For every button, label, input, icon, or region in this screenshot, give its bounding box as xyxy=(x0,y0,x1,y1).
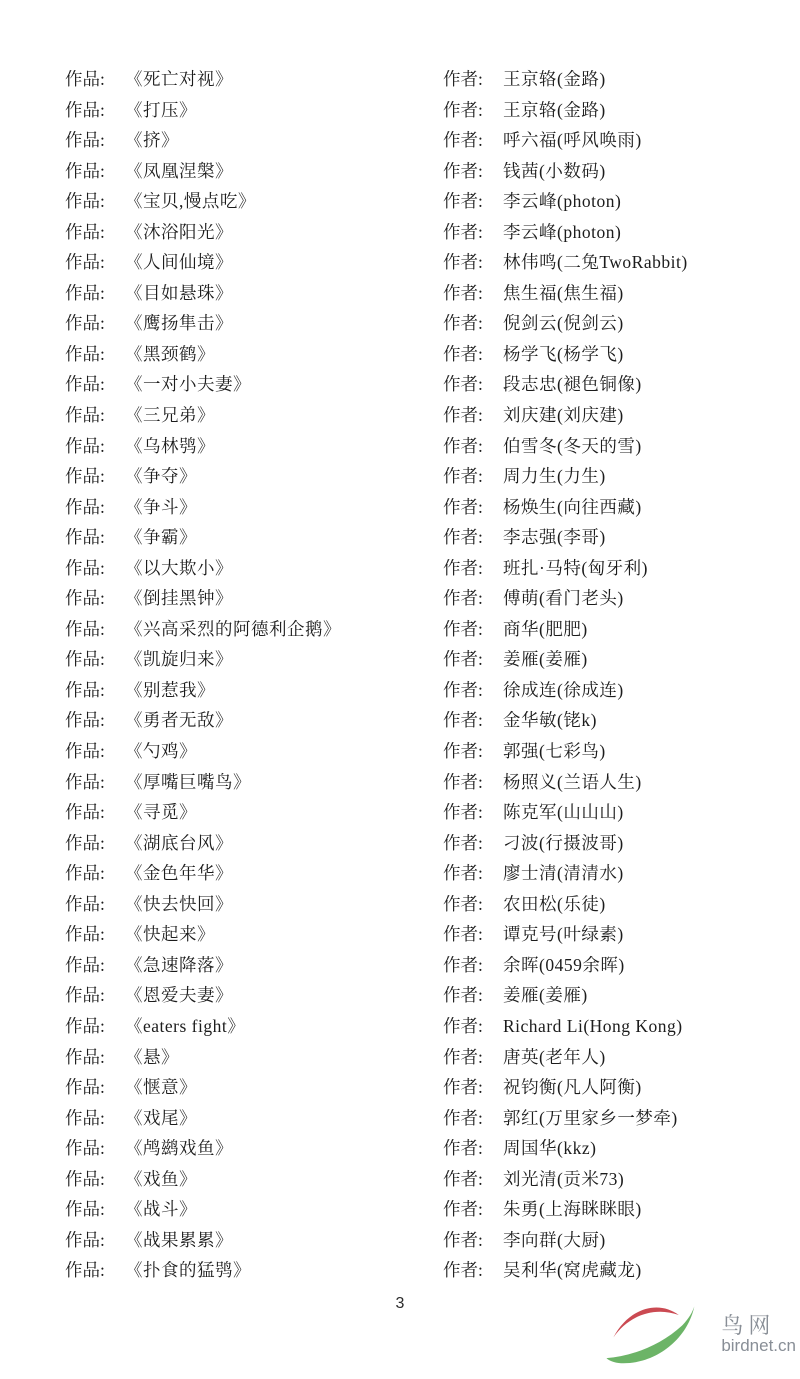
author-name: 金华敏(铑k) xyxy=(503,710,597,730)
author-label: 作者: xyxy=(443,797,503,828)
work-label: 作品: xyxy=(65,278,125,309)
work-cell: 作品:《打压》 xyxy=(65,95,443,126)
author-label: 作者: xyxy=(443,950,503,981)
work-cell: 作品:《战斗》 xyxy=(65,1194,443,1225)
author-cell: 作者:祝钧衡(凡人阿衡) xyxy=(443,1072,800,1103)
work-cell: 作品:《人间仙境》 xyxy=(65,247,443,278)
work-title: 《三兄弟》 xyxy=(125,405,215,425)
work-label: 作品: xyxy=(65,522,125,553)
work-cell: 作品:《争夺》 xyxy=(65,461,443,492)
author-name: 刘光清(贡米73) xyxy=(503,1169,624,1189)
list-row: 作品:《急速降落》作者:余晖(0459余晖) xyxy=(0,950,800,981)
author-cell: 作者:呼六福(呼风唤雨) xyxy=(443,125,800,156)
work-title: 《凯旋归来》 xyxy=(125,649,233,669)
author-name: 呼六福(呼风唤雨) xyxy=(503,130,642,150)
birdnet-logo: 鸟网 birdnet.cn xyxy=(603,1297,800,1371)
work-title: 《争霸》 xyxy=(125,527,197,547)
work-cell: 作品:《悬》 xyxy=(65,1042,443,1073)
author-cell: 作者:杨学飞(杨学飞) xyxy=(443,339,800,370)
author-cell: 作者:周力生(力生) xyxy=(443,461,800,492)
author-label: 作者: xyxy=(443,1225,503,1256)
work-label: 作品: xyxy=(65,95,125,126)
author-label: 作者: xyxy=(443,278,503,309)
list-row: 作品:《扑食的猛鸮》作者:吴利华(窝虎藏龙) xyxy=(0,1255,800,1286)
birdnet-swoosh-icon xyxy=(603,1297,715,1371)
author-name: 余晖(0459余晖) xyxy=(503,955,625,975)
list-row: 作品:《倒挂黑钟》作者:傅萌(看门老头) xyxy=(0,583,800,614)
author-name: 陈克军(山山山) xyxy=(503,802,624,822)
author-name: 焦生福(焦生福) xyxy=(503,283,624,303)
list-row: 作品:《乌林鸮》作者:伯雪冬(冬天的雪) xyxy=(0,431,800,462)
work-label: 作品: xyxy=(65,705,125,736)
work-cell: 作品:《急速降落》 xyxy=(65,950,443,981)
work-label: 作品: xyxy=(65,369,125,400)
author-name: 姜雁(姜雁) xyxy=(503,649,588,669)
work-title: 《快起来》 xyxy=(125,924,215,944)
author-cell: 作者:农田松(乐徒) xyxy=(443,889,800,920)
list-row: 作品:《沐浴阳光》作者:李云峰(photon) xyxy=(0,217,800,248)
author-label: 作者: xyxy=(443,1042,503,1073)
work-title: 《战果累累》 xyxy=(125,1230,233,1250)
work-cell: 作品:《倒挂黑钟》 xyxy=(65,583,443,614)
work-label: 作品: xyxy=(65,247,125,278)
author-cell: 作者:刘光清(贡米73) xyxy=(443,1164,800,1195)
author-cell: 作者:傅萌(看门老头) xyxy=(443,583,800,614)
author-label: 作者: xyxy=(443,736,503,767)
author-cell: 作者:杨照义(兰语人生) xyxy=(443,767,800,798)
list-row: 作品:《以大欺小》作者:班扎·马特(匈牙利) xyxy=(0,553,800,584)
author-name: 李向群(大厨) xyxy=(503,1230,606,1250)
author-label: 作者: xyxy=(443,186,503,217)
list-row: 作品:《凤凰涅槃》作者:钱茜(小数码) xyxy=(0,156,800,187)
author-name: 王京辂(金路) xyxy=(503,69,606,89)
author-name: 林伟鸣(二兔TwoRabbit) xyxy=(503,252,688,272)
work-label: 作品: xyxy=(65,308,125,339)
list-row: 作品:《争霸》作者:李志强(李哥) xyxy=(0,522,800,553)
work-label: 作品: xyxy=(65,1194,125,1225)
author-label: 作者: xyxy=(443,1255,503,1286)
author-cell: 作者:李向群(大厨) xyxy=(443,1225,800,1256)
work-cell: 作品:《凤凰涅槃》 xyxy=(65,156,443,187)
work-label: 作品: xyxy=(65,1133,125,1164)
work-title: 《勺鸡》 xyxy=(125,741,197,761)
work-cell: 作品:《一对小夫妻》 xyxy=(65,369,443,400)
work-title: 《勇者无敌》 xyxy=(125,710,233,730)
author-label: 作者: xyxy=(443,980,503,1011)
work-label: 作品: xyxy=(65,1011,125,1042)
author-name: 杨学飞(杨学飞) xyxy=(503,344,624,364)
work-label: 作品: xyxy=(65,64,125,95)
list-row: 作品:《恩爱夫妻》作者:姜雁(姜雁) xyxy=(0,980,800,1011)
work-cell: 作品:《凯旋归来》 xyxy=(65,644,443,675)
work-cell: 作品:《以大欺小》 xyxy=(65,553,443,584)
list-row: 作品:《戏鱼》作者:刘光清(贡米73) xyxy=(0,1164,800,1195)
work-cell: 作品:《寻觅》 xyxy=(65,797,443,828)
author-name: 倪剑云(倪剑云) xyxy=(503,313,624,333)
author-name: 李云峰(photon) xyxy=(503,191,621,211)
author-label: 作者: xyxy=(443,1133,503,1164)
author-name: 吴利华(窝虎藏龙) xyxy=(503,1260,642,1280)
work-cell: 作品:《勺鸡》 xyxy=(65,736,443,767)
work-cell: 作品:《死亡对视》 xyxy=(65,64,443,95)
work-label: 作品: xyxy=(65,1042,125,1073)
author-label: 作者: xyxy=(443,431,503,462)
work-label: 作品: xyxy=(65,583,125,614)
work-label: 作品: xyxy=(65,919,125,950)
author-label: 作者: xyxy=(443,1011,503,1042)
list-row: 作品:《快去快回》作者:农田松(乐徒) xyxy=(0,889,800,920)
list-row: 作品:《宝贝,慢点吃》作者:李云峰(photon) xyxy=(0,186,800,217)
author-label: 作者: xyxy=(443,644,503,675)
author-cell: 作者:朱勇(上海眯眯眼) xyxy=(443,1194,800,1225)
author-label: 作者: xyxy=(443,1164,503,1195)
work-cell: 作品:《戏鱼》 xyxy=(65,1164,443,1195)
work-cell: 作品:《别惹我》 xyxy=(65,675,443,706)
author-label: 作者: xyxy=(443,339,503,370)
author-cell: 作者:商华(肥肥) xyxy=(443,614,800,645)
work-cell: 作品:《戏尾》 xyxy=(65,1103,443,1134)
list-row: 作品:《凯旋归来》作者:姜雁(姜雁) xyxy=(0,644,800,675)
work-title: 《打压》 xyxy=(125,100,197,120)
work-cell: 作品:《金色年华》 xyxy=(65,858,443,889)
work-label: 作品: xyxy=(65,339,125,370)
author-cell: 作者:余晖(0459余晖) xyxy=(443,950,800,981)
work-label: 作品: xyxy=(65,614,125,645)
works-list: 作品:《死亡对视》作者:王京辂(金路)作品:《打压》作者:王京辂(金路)作品:《… xyxy=(0,64,800,1286)
work-label: 作品: xyxy=(65,125,125,156)
author-name: 傅萌(看门老头) xyxy=(503,588,624,608)
work-title: 《凤凰涅槃》 xyxy=(125,161,233,181)
list-row: 作品:《勇者无敌》作者:金华敏(铑k) xyxy=(0,705,800,736)
work-title: 《急速降落》 xyxy=(125,955,233,975)
work-label: 作品: xyxy=(65,950,125,981)
list-row: 作品:《戏尾》作者:郭红(万里家乡一梦牵) xyxy=(0,1103,800,1134)
work-label: 作品: xyxy=(65,1164,125,1195)
work-cell: 作品:《eaters fight》 xyxy=(65,1011,443,1042)
author-name: 李志强(李哥) xyxy=(503,527,606,547)
author-name: 班扎·马特(匈牙利) xyxy=(503,558,648,578)
author-cell: 作者:李云峰(photon) xyxy=(443,186,800,217)
author-label: 作者: xyxy=(443,217,503,248)
work-label: 作品: xyxy=(65,889,125,920)
author-cell: 作者:李云峰(photon) xyxy=(443,217,800,248)
author-label: 作者: xyxy=(443,583,503,614)
work-title: 《争斗》 xyxy=(125,497,197,517)
work-title: 《厚嘴巨嘴鸟》 xyxy=(125,772,251,792)
list-row: 作品:《悬》作者:唐英(老年人) xyxy=(0,1042,800,1073)
author-name: 姜雁(姜雁) xyxy=(503,985,588,1005)
list-row: 作品:《战斗》作者:朱勇(上海眯眯眼) xyxy=(0,1194,800,1225)
author-cell: 作者:李志强(李哥) xyxy=(443,522,800,553)
list-row: 作品:《惬意》作者:祝钧衡(凡人阿衡) xyxy=(0,1072,800,1103)
work-title: 《别惹我》 xyxy=(125,680,215,700)
work-label: 作品: xyxy=(65,156,125,187)
author-label: 作者: xyxy=(443,889,503,920)
author-label: 作者: xyxy=(443,919,503,950)
author-cell: 作者:段志忠(褪色铜像) xyxy=(443,369,800,400)
work-cell: 作品:《鸬鹚戏鱼》 xyxy=(65,1133,443,1164)
work-title: 《一对小夫妻》 xyxy=(125,374,251,394)
work-label: 作品: xyxy=(65,431,125,462)
author-label: 作者: xyxy=(443,125,503,156)
list-row: 作品:《厚嘴巨嘴鸟》作者:杨照义(兰语人生) xyxy=(0,767,800,798)
document-page: 作品:《死亡对视》作者:王京辂(金路)作品:《打压》作者:王京辂(金路)作品:《… xyxy=(0,0,800,1379)
work-title: 《快去快回》 xyxy=(125,894,233,914)
logo-green-swoosh xyxy=(607,1306,695,1363)
work-label: 作品: xyxy=(65,675,125,706)
author-name: 段志忠(褪色铜像) xyxy=(503,374,642,394)
author-name: 谭克号(叶绿素) xyxy=(503,924,624,944)
work-title: 《湖底台风》 xyxy=(125,833,233,853)
author-name: 钱茜(小数码) xyxy=(503,161,606,181)
author-name: 周力生(力生) xyxy=(503,466,606,486)
work-label: 作品: xyxy=(65,736,125,767)
work-cell: 作品:《沐浴阳光》 xyxy=(65,217,443,248)
work-label: 作品: xyxy=(65,1103,125,1134)
author-name: 王京辂(金路) xyxy=(503,100,606,120)
author-name: 杨照义(兰语人生) xyxy=(503,772,642,792)
work-title: 《鹰扬隼击》 xyxy=(125,313,233,333)
list-row: 作品:《黑颈鹤》作者:杨学飞(杨学飞) xyxy=(0,339,800,370)
work-title: 《eaters fight》 xyxy=(125,1016,245,1036)
work-title: 《乌林鸮》 xyxy=(125,436,215,456)
work-title: 《争夺》 xyxy=(125,466,197,486)
author-cell: 作者:陈克军(山山山) xyxy=(443,797,800,828)
author-name: 农田松(乐徒) xyxy=(503,894,606,914)
work-title: 《目如悬珠》 xyxy=(125,283,233,303)
list-row: 作品:《湖底台风》作者:刁波(行摄波哥) xyxy=(0,828,800,859)
author-cell: 作者:姜雁(姜雁) xyxy=(443,644,800,675)
work-label: 作品: xyxy=(65,828,125,859)
work-label: 作品: xyxy=(65,1255,125,1286)
author-name: 刁波(行摄波哥) xyxy=(503,833,624,853)
author-cell: 作者:班扎·马特(匈牙利) xyxy=(443,553,800,584)
work-title: 《沐浴阳光》 xyxy=(125,222,233,242)
author-cell: 作者:徐成连(徐成连) xyxy=(443,675,800,706)
list-row: 作品:《鸬鹚戏鱼》作者:周国华(kkz) xyxy=(0,1133,800,1164)
author-label: 作者: xyxy=(443,705,503,736)
work-title: 《金色年华》 xyxy=(125,863,233,883)
work-title: 《戏尾》 xyxy=(125,1108,197,1128)
work-title: 《人间仙境》 xyxy=(125,252,233,272)
author-name: 郭红(万里家乡一梦牵) xyxy=(503,1108,678,1128)
author-name: 刘庆建(刘庆建) xyxy=(503,405,624,425)
author-name: 商华(肥肥) xyxy=(503,619,588,639)
work-cell: 作品:《三兄弟》 xyxy=(65,400,443,431)
author-cell: 作者:周国华(kkz) xyxy=(443,1133,800,1164)
author-label: 作者: xyxy=(443,156,503,187)
work-cell: 作品:《鹰扬隼击》 xyxy=(65,308,443,339)
work-title: 《倒挂黑钟》 xyxy=(125,588,233,608)
author-cell: 作者:刘庆建(刘庆建) xyxy=(443,400,800,431)
work-title: 《悬》 xyxy=(125,1047,179,1067)
list-row: 作品:《快起来》作者:谭克号(叶绿素) xyxy=(0,919,800,950)
author-label: 作者: xyxy=(443,614,503,645)
author-label: 作者: xyxy=(443,675,503,706)
author-label: 作者: xyxy=(443,522,503,553)
list-row: 作品:《目如悬珠》作者:焦生福(焦生福) xyxy=(0,278,800,309)
author-cell: 作者:郭红(万里家乡一梦牵) xyxy=(443,1103,800,1134)
logo-red-swoosh xyxy=(614,1307,679,1337)
list-row: 作品:《寻觅》作者:陈克军(山山山) xyxy=(0,797,800,828)
author-label: 作者: xyxy=(443,95,503,126)
work-cell: 作品:《惬意》 xyxy=(65,1072,443,1103)
list-row: 作品:《死亡对视》作者:王京辂(金路) xyxy=(0,64,800,95)
work-cell: 作品:《挤》 xyxy=(65,125,443,156)
work-label: 作品: xyxy=(65,797,125,828)
author-label: 作者: xyxy=(443,828,503,859)
author-cell: 作者:钱茜(小数码) xyxy=(443,156,800,187)
author-label: 作者: xyxy=(443,492,503,523)
birdnet-domain: birdnet.cn xyxy=(721,1337,796,1355)
work-label: 作品: xyxy=(65,1072,125,1103)
author-cell: 作者:林伟鸣(二兔TwoRabbit) xyxy=(443,247,800,278)
work-label: 作品: xyxy=(65,644,125,675)
work-label: 作品: xyxy=(65,400,125,431)
author-name: 徐成连(徐成连) xyxy=(503,680,624,700)
author-cell: 作者:倪剑云(倪剑云) xyxy=(443,308,800,339)
author-label: 作者: xyxy=(443,553,503,584)
author-cell: 作者:谭克号(叶绿素) xyxy=(443,919,800,950)
list-row: 作品:《兴高采烈的阿德利企鹅》作者:商华(肥肥) xyxy=(0,614,800,645)
work-title: 《挤》 xyxy=(125,130,179,150)
work-cell: 作品:《争霸》 xyxy=(65,522,443,553)
work-cell: 作品:《兴高采烈的阿德利企鹅》 xyxy=(65,614,443,645)
author-name: 廖士清(清清水) xyxy=(503,863,624,883)
work-title: 《宝贝,慢点吃》 xyxy=(125,191,256,211)
work-cell: 作品:《争斗》 xyxy=(65,492,443,523)
author-cell: 作者:金华敏(铑k) xyxy=(443,705,800,736)
author-label: 作者: xyxy=(443,1072,503,1103)
work-title: 《扑食的猛鸮》 xyxy=(125,1260,251,1280)
work-title: 《兴高采烈的阿德利企鹅》 xyxy=(125,619,341,639)
birdnet-cn-name: 鸟网 xyxy=(721,1314,796,1337)
work-cell: 作品:《快去快回》 xyxy=(65,889,443,920)
work-label: 作品: xyxy=(65,858,125,889)
author-label: 作者: xyxy=(443,247,503,278)
work-cell: 作品:《快起来》 xyxy=(65,919,443,950)
author-cell: 作者:姜雁(姜雁) xyxy=(443,980,800,1011)
author-name: 李云峰(photon) xyxy=(503,222,621,242)
work-cell: 作品:《乌林鸮》 xyxy=(65,431,443,462)
author-label: 作者: xyxy=(443,461,503,492)
list-row: 作品:《勺鸡》作者:郭强(七彩鸟) xyxy=(0,736,800,767)
work-title: 《以大欺小》 xyxy=(125,558,233,578)
work-label: 作品: xyxy=(65,492,125,523)
work-title: 《戏鱼》 xyxy=(125,1169,197,1189)
author-cell: 作者:焦生福(焦生福) xyxy=(443,278,800,309)
list-row: 作品:《别惹我》作者:徐成连(徐成连) xyxy=(0,675,800,706)
author-label: 作者: xyxy=(443,308,503,339)
list-row: 作品:《打压》作者:王京辂(金路) xyxy=(0,95,800,126)
work-cell: 作品:《恩爱夫妻》 xyxy=(65,980,443,1011)
work-cell: 作品:《战果累累》 xyxy=(65,1225,443,1256)
work-label: 作品: xyxy=(65,553,125,584)
author-label: 作者: xyxy=(443,858,503,889)
list-row: 作品:《鹰扬隼击》作者:倪剑云(倪剑云) xyxy=(0,308,800,339)
work-cell: 作品:《目如悬珠》 xyxy=(65,278,443,309)
author-cell: 作者:刁波(行摄波哥) xyxy=(443,828,800,859)
work-cell: 作品:《勇者无敌》 xyxy=(65,705,443,736)
author-cell: 作者:杨焕生(向往西藏) xyxy=(443,492,800,523)
work-label: 作品: xyxy=(65,980,125,1011)
work-title: 《鸬鹚戏鱼》 xyxy=(125,1138,233,1158)
author-name: 唐英(老年人) xyxy=(503,1047,606,1067)
work-title: 《死亡对视》 xyxy=(125,69,233,89)
author-name: 杨焕生(向往西藏) xyxy=(503,497,642,517)
work-title: 《战斗》 xyxy=(125,1199,197,1219)
work-title: 《寻觅》 xyxy=(125,802,197,822)
author-name: 伯雪冬(冬天的雪) xyxy=(503,436,642,456)
author-cell: 作者:Richard Li(Hong Kong) xyxy=(443,1011,800,1042)
author-label: 作者: xyxy=(443,400,503,431)
work-label: 作品: xyxy=(65,1225,125,1256)
list-row: 作品:《eaters fight》作者:Richard Li(Hong Kong… xyxy=(0,1011,800,1042)
work-label: 作品: xyxy=(65,186,125,217)
author-label: 作者: xyxy=(443,64,503,95)
list-row: 作品:《争夺》作者:周力生(力生) xyxy=(0,461,800,492)
work-label: 作品: xyxy=(65,461,125,492)
work-cell: 作品:《湖底台风》 xyxy=(65,828,443,859)
list-row: 作品:《战果累累》作者:李向群(大厨) xyxy=(0,1225,800,1256)
work-cell: 作品:《扑食的猛鸮》 xyxy=(65,1255,443,1286)
list-row: 作品:《人间仙境》作者:林伟鸣(二兔TwoRabbit) xyxy=(0,247,800,278)
work-cell: 作品:《宝贝,慢点吃》 xyxy=(65,186,443,217)
author-label: 作者: xyxy=(443,1194,503,1225)
author-label: 作者: xyxy=(443,1103,503,1134)
work-cell: 作品:《黑颈鹤》 xyxy=(65,339,443,370)
author-name: Richard Li(Hong Kong) xyxy=(503,1016,683,1036)
author-name: 周国华(kkz) xyxy=(503,1138,596,1158)
work-title: 《惬意》 xyxy=(125,1077,197,1097)
author-cell: 作者:王京辂(金路) xyxy=(443,95,800,126)
work-title: 《黑颈鹤》 xyxy=(125,344,215,364)
author-name: 郭强(七彩鸟) xyxy=(503,741,606,761)
author-name: 朱勇(上海眯眯眼) xyxy=(503,1199,642,1219)
author-label: 作者: xyxy=(443,767,503,798)
author-cell: 作者:唐英(老年人) xyxy=(443,1042,800,1073)
list-row: 作品:《一对小夫妻》作者:段志忠(褪色铜像) xyxy=(0,369,800,400)
work-cell: 作品:《厚嘴巨嘴鸟》 xyxy=(65,767,443,798)
author-cell: 作者:廖士清(清清水) xyxy=(443,858,800,889)
list-row: 作品:《挤》作者:呼六福(呼风唤雨) xyxy=(0,125,800,156)
author-cell: 作者:郭强(七彩鸟) xyxy=(443,736,800,767)
author-name: 祝钧衡(凡人阿衡) xyxy=(503,1077,642,1097)
author-label: 作者: xyxy=(443,369,503,400)
list-row: 作品:《金色年华》作者:廖士清(清清水) xyxy=(0,858,800,889)
work-label: 作品: xyxy=(65,217,125,248)
list-row: 作品:《争斗》作者:杨焕生(向往西藏) xyxy=(0,492,800,523)
work-label: 作品: xyxy=(65,767,125,798)
work-title: 《恩爱夫妻》 xyxy=(125,985,233,1005)
author-cell: 作者:王京辂(金路) xyxy=(443,64,800,95)
list-row: 作品:《三兄弟》作者:刘庆建(刘庆建) xyxy=(0,400,800,431)
birdnet-logo-text: 鸟网 birdnet.cn xyxy=(721,1314,800,1355)
author-cell: 作者:吴利华(窝虎藏龙) xyxy=(443,1255,800,1286)
author-cell: 作者:伯雪冬(冬天的雪) xyxy=(443,431,800,462)
